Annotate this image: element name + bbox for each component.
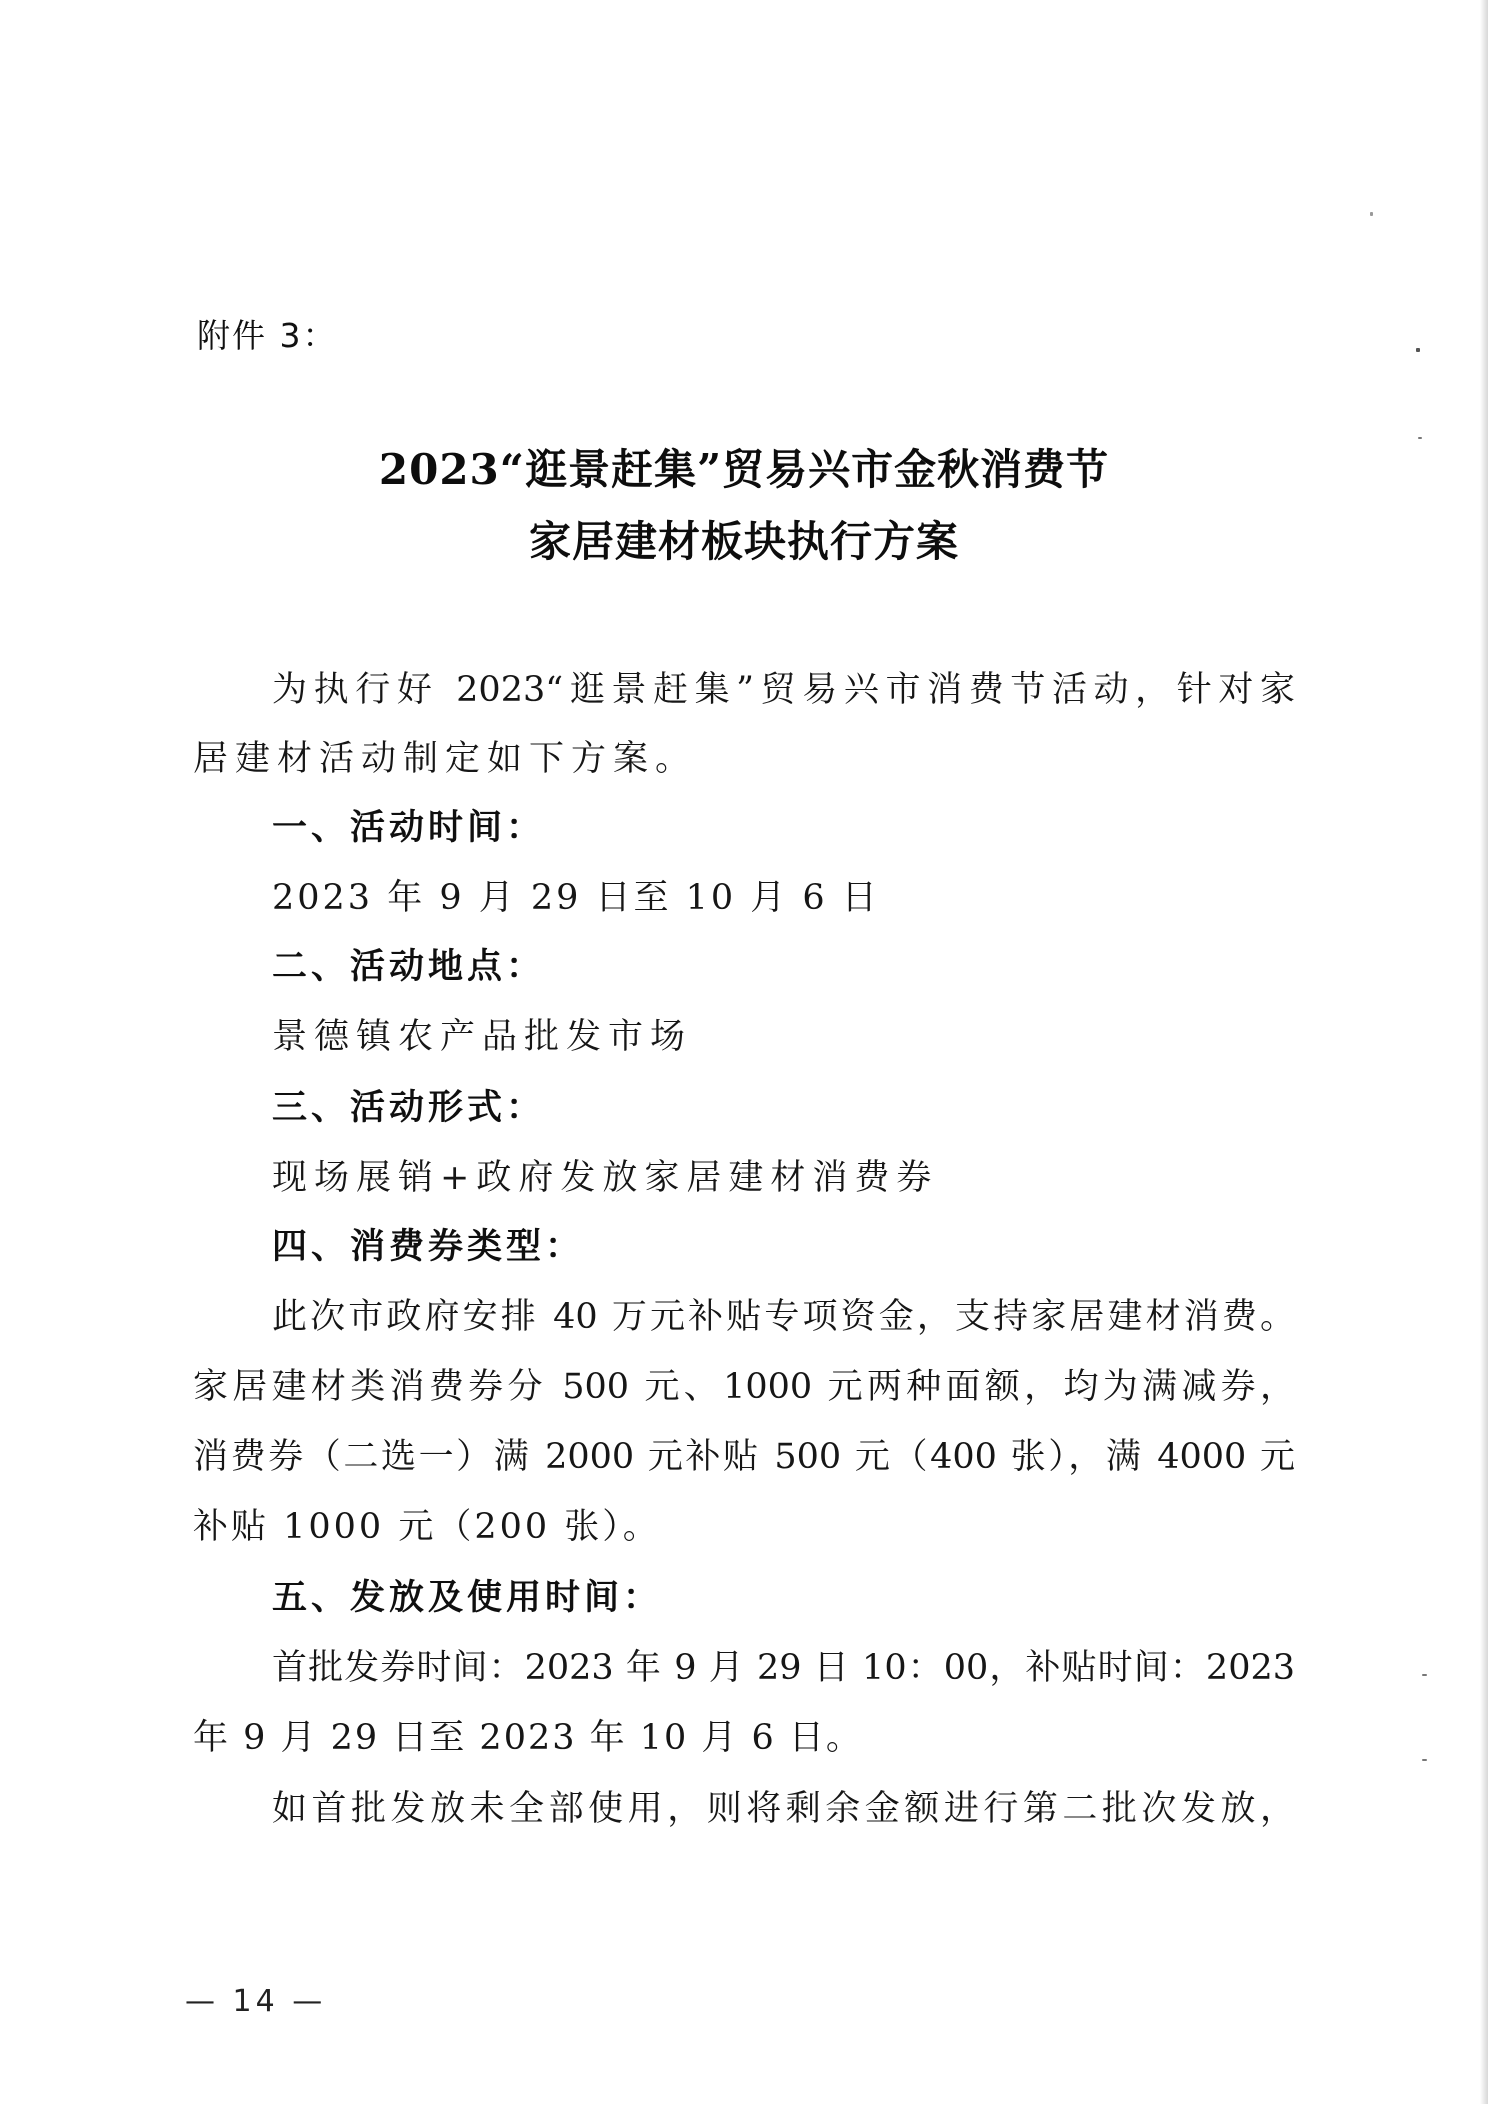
section-heading-activity-location: 二、活动地点：: [272, 939, 545, 995]
voucher-types-line-4: 补贴 1000 元（200 张）。: [193, 1499, 661, 1555]
voucher-types-line-3: 消费券（二选一）满 2000 元补贴 500 元（400 张），满 4000 元: [193, 1429, 1295, 1485]
intro-paragraph-line-2: 居建材活动制定如下方案。: [193, 731, 697, 787]
issuance-time-line-3: 如首批发放未全部使用，则将剩余金额进行第二批次发放，: [272, 1781, 1295, 1837]
scan-speck: [1418, 437, 1422, 439]
activity-location-value: 景德镇农产品批发市场: [272, 1009, 692, 1065]
section-heading-voucher-types: 四、消费券类型：: [272, 1219, 584, 1275]
scan-speck: [1370, 212, 1373, 216]
document-title-line-1: 2023“逛景赶集”贸易兴市金秋消费节: [0, 440, 1488, 500]
document-title-line-2: 家居建材板块执行方案: [0, 512, 1488, 572]
scan-speck: [1422, 1759, 1427, 1761]
attachment-label: 附件 3：: [197, 312, 338, 360]
activity-format-value: 现场展销+政府发放家居建材消费券: [272, 1150, 938, 1206]
voucher-types-line-1: 此次市政府安排 40 万元补贴专项资金，支持家居建材消费。: [272, 1289, 1295, 1345]
voucher-types-line-2: 家居建材类消费券分 500 元、1000 元两种面额，均为满减券，: [193, 1359, 1295, 1415]
scan-speck: [1416, 348, 1420, 352]
scan-page-edge: [1480, 0, 1488, 2104]
section-heading-activity-time: 一、活动时间：: [272, 800, 545, 856]
intro-paragraph-line-1: 为执行好 2023“逛景赶集”贸易兴市消费节活动，针对家: [272, 662, 1295, 718]
page-number: — 14 —: [185, 1982, 326, 2022]
section-heading-activity-format: 三、活动形式：: [272, 1080, 545, 1136]
issuance-time-line-1: 首批发券时间：2023 年 9 月 29 日 10：00，补贴时间：2023: [272, 1640, 1295, 1696]
scan-speck: [1422, 1674, 1427, 1676]
issuance-time-line-2: 年 9 月 29 日至 2023 年 10 月 6 日。: [193, 1710, 863, 1766]
section-heading-issuance-time: 五、发放及使用时间：: [272, 1570, 662, 1626]
activity-time-value: 2023 年 9 月 29 日至 10 月 6 日: [272, 870, 880, 926]
